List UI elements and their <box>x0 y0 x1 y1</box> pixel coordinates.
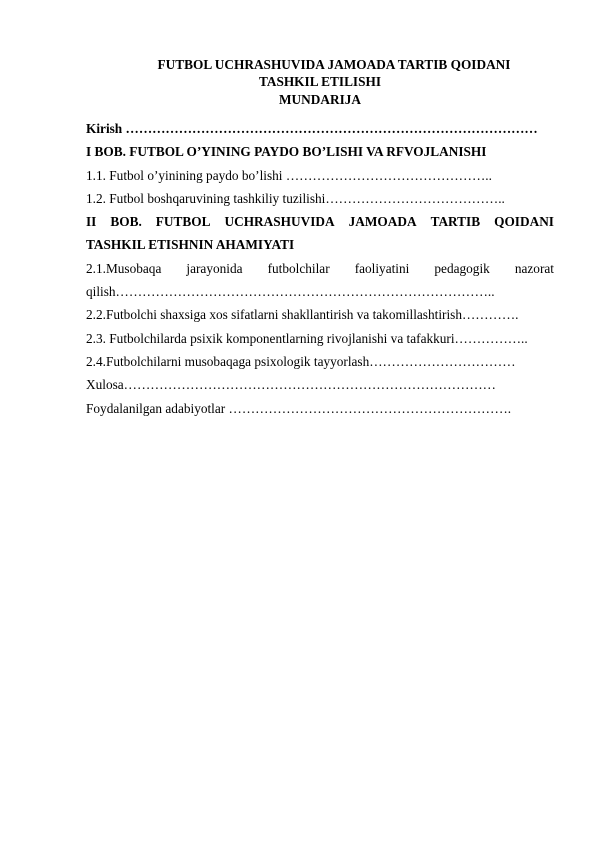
toc-chapter-2-word: TARTIB <box>431 210 481 233</box>
toc-chapter-2-line1: IIBOB.FUTBOLUCHRASHUVIDAJAMOADATARTIBQOI… <box>86 210 554 233</box>
toc-entry-2-1-word: futbolchilar <box>268 257 330 280</box>
toc-chapter-2-word: II <box>86 210 96 233</box>
toc-chapter-2-word: QOIDANI <box>494 210 554 233</box>
toc-entry-2-1-word: jarayonida <box>186 257 242 280</box>
toc-chapter-2-word: FUTBOL <box>156 210 211 233</box>
toc-entry-kirish: Kirish ………………………………………………………………………………… <box>86 117 554 140</box>
table-of-contents: Kirish ………………………………………………………………………………… I… <box>86 117 554 420</box>
toc-entry-2-4: 2.4.Futbolchilarni musobaqaga psixologik… <box>86 350 554 373</box>
toc-entry-xulosa: Xulosa………………………………………………………………………… <box>86 373 554 396</box>
document-title-line1: FUTBOL UCHRASHUVIDA JAMOADA TARTIB QOIDA… <box>100 56 568 73</box>
toc-entry-2-1-line2: qilish………………………………………………………………………….. <box>86 280 554 303</box>
toc-entry-2-1-word: pedagogik <box>434 257 489 280</box>
document-title-line2: TASHKIL ETILISHI <box>86 73 554 90</box>
toc-chapter-2-word: BOB. <box>110 210 141 233</box>
toc-entry-2-1-line1: 2.1.Musobaqajarayonidafutbolchilarfaoliy… <box>86 257 554 280</box>
toc-heading: MUNDARIJA <box>86 91 554 108</box>
toc-entry-1-2: 1.2. Futbol boshqaruvining tashkiliy tuz… <box>86 187 554 210</box>
toc-entry-2-2: 2.2.Futbolchi shaxsiga xos sifatlarni sh… <box>86 303 554 326</box>
document-page: FUTBOL UCHRASHUVIDA JAMOADA TARTIB QOIDA… <box>0 0 596 842</box>
toc-chapter-2-line2: TASHKIL ETISHNIN AHAMIYATI <box>86 233 554 256</box>
toc-chapter-2-word: UCHRASHUVIDA <box>225 210 335 233</box>
toc-entry-2-1-word: nazorat <box>515 257 554 280</box>
toc-chapter-1: I BOB. FUTBOL O’YINING PAYDO BO’LISHI VA… <box>86 140 554 163</box>
toc-entry-2-1-word: 2.1.Musobaqa <box>86 257 161 280</box>
toc-entry-2-1-word: faoliyatini <box>355 257 410 280</box>
toc-chapter-2-word: JAMOADA <box>349 210 417 233</box>
toc-entry-adabiyotlar: Foydalanilgan adabiyotlar ……………………………………… <box>86 397 554 420</box>
toc-entry-1-1: 1.1. Futbol o’yinining paydo bo’lishi ……… <box>86 164 554 187</box>
toc-entry-2-3: 2.3. Futbolchilarda psixik komponentlarn… <box>86 327 554 350</box>
